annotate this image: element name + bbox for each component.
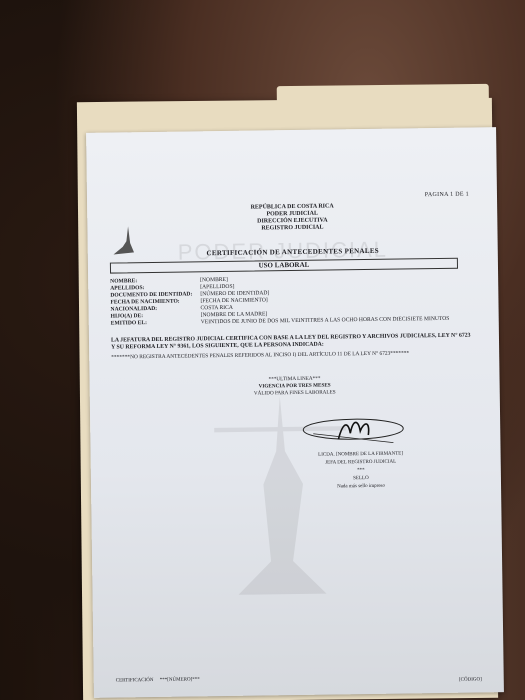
record-notice: *******NO REGISTRA ANTECEDENTES PENALES …: [111, 349, 477, 360]
certification-footer: CERTIFICACIÓN ***[NÚMERO]***: [116, 677, 200, 683]
use-type-box: USO LABORAL: [110, 258, 458, 274]
folder-tab: [277, 84, 489, 104]
certification-number: ***[NÚMERO]***: [160, 677, 200, 683]
validity-block: ***ULTIMA LINEA*** VIGENCIA POR TRES MES…: [90, 373, 500, 400]
seal-note: Nada más sello impreso: [291, 482, 431, 492]
field-label: EMITIDO EL:: [111, 319, 201, 327]
signature-icon: [298, 410, 409, 452]
certification-label: CERTIFICACIÓN: [116, 678, 154, 684]
footer-code: [CÓDIGO]: [459, 677, 482, 682]
legal-statement: LA JEFATURA DEL REGISTRO JUDICIAL CERTIF…: [111, 333, 471, 352]
page-number: PAGINA 1 DE 1: [425, 192, 469, 199]
personal-fields: NOMBRE:[NOMBRE] APELLIDOS:[APELLIDOS] DO…: [110, 274, 471, 328]
issuer-header: REPÚBLICA DE COSTA RICA PODER JUDICIAL D…: [87, 201, 497, 235]
signer-block: LICDA. [NOMBRE DE LA FIRMANTE] JEFA DEL …: [291, 450, 432, 492]
certificate-page: PAGINA 1 DE 1 REPÚBLICA DE COSTA RICA PO…: [86, 127, 504, 698]
